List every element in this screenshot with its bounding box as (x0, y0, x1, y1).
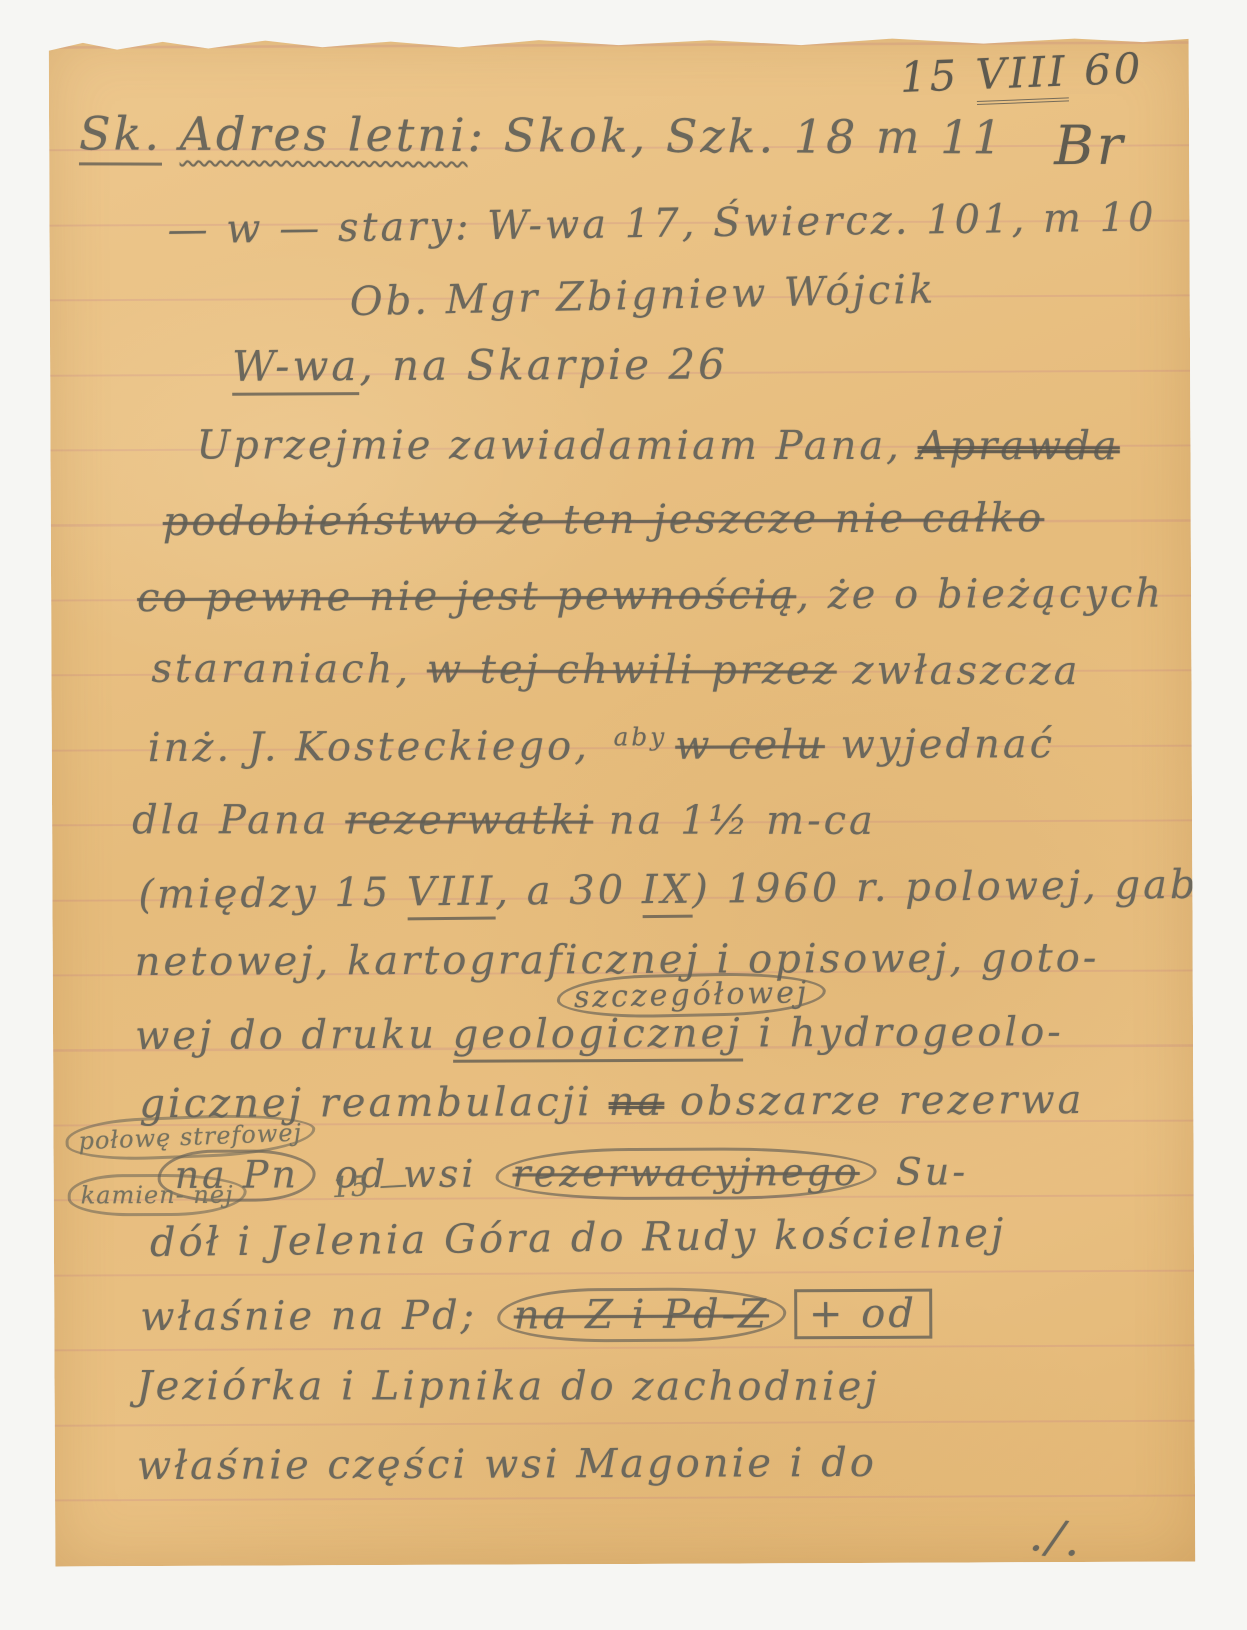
corner-mark: Br (1054, 116, 1126, 176)
text-segment: rezerwatki (345, 797, 593, 843)
date-month: VIII (975, 46, 1069, 105)
text-segment: zwłaszcza (837, 648, 1081, 695)
letter-line-l18: Jeziórka i Lipnika do zachodniej (137, 1364, 880, 1409)
text-segment: aby (613, 723, 667, 750)
text-segment: , że o bieżących (796, 571, 1164, 619)
text-segment: , a 30 (495, 867, 642, 914)
letter-body: Sk. Adres letni: Skok, Szk. 18 m 11— w —… (49, 34, 1189, 39)
continuation-mark: ./. (1027, 1509, 1087, 1566)
text-segment: Uprzejmie zawiadamiam Pana, (196, 422, 917, 469)
letter-line-l16: dół i Jelenia Góra do Rudy kościelnej (150, 1211, 1007, 1265)
text-segment: inż. J. Kosteckiego, (148, 723, 606, 771)
text-segment: , na Skarpie 26 (359, 340, 728, 391)
letter-paper: 15 VIII 60 Br Sk. Adres letni: Skok, Szk… (49, 34, 1196, 1567)
text-segment: (między 15 (138, 869, 407, 918)
text-segment: wej do druku (135, 1012, 453, 1059)
margin-note-m2: kamien- nej (68, 1174, 247, 1217)
letter-line-l2: — w — stary: W-wa 17, Świercz. 101, m 10 (167, 195, 1157, 252)
text-segment: i hydrogeolo- (743, 1009, 1064, 1056)
date-year: 60 (1083, 43, 1144, 94)
text-segment: w celu (675, 722, 825, 769)
letter-line-l9: inż. J. Kosteckiego, abyw celu wyjednać (148, 722, 1056, 770)
text-segment: W-wa (232, 341, 360, 396)
text-segment: VIII (407, 869, 496, 921)
text-segment: — w — stary: W-wa 17, Świercz. 101, m 10 (167, 194, 1157, 253)
date: 15 VIII 60 (899, 45, 1144, 101)
margin-note-m3: 15 — (331, 1167, 409, 1204)
text-segment: Su- (881, 1149, 969, 1193)
text-segment: geologicznej (453, 1010, 743, 1062)
letter-line-l13: wej do druku geologicznej i hydrogeolo- (135, 1010, 1064, 1058)
text-segment: Adres letni (180, 107, 468, 162)
text-segment (162, 107, 180, 161)
letter-line-l8: staraniach, w tej chwili przez zwłaszcza (151, 647, 1080, 693)
text-segment: na 1½ m-ca (593, 798, 876, 844)
text-segment: obszarze rezerwa (664, 1077, 1084, 1125)
text-segment: właśnie na Pd; (140, 1293, 493, 1341)
text-segment: właśnie części wsi Magonie i do (137, 1440, 877, 1489)
text-segment: podobieństwo że ten jeszcze nie całko (163, 495, 1045, 545)
letter-line-l4: W-wa, na Skarpie 26 (232, 342, 728, 390)
text-segment: + od (794, 1289, 932, 1340)
text-segment: : Skok, Szk. 18 m 11 (468, 108, 1005, 164)
letter-line-l7: co pewne nie jest pewnością, że o bieżąc… (137, 572, 1164, 620)
text-segment: wyjednać (825, 721, 1055, 768)
letter-line-l6: podobieństwo że ten jeszcze nie całko (163, 496, 1045, 544)
letter-line-l17: właśnie na Pd; na Z i Pd-Z+ od (140, 1287, 936, 1344)
text-segment: IX (642, 867, 693, 918)
text-segment: staraniach, (151, 646, 427, 693)
text-segment: Aprawda (918, 423, 1120, 469)
text-segment: Ob. Mgr Zbigniew Wójcik (349, 267, 936, 326)
text-segment: dla Pana (132, 797, 345, 843)
text-segment: Jeziórka i Lipnika do zachodniej (137, 1363, 880, 1410)
letter-line-l15: na Pn od wsi rezerwacyjnego Su- (154, 1146, 969, 1201)
text-segment: rezerwacyjnego (495, 1147, 876, 1200)
letter-line-l3: Ob. Mgr Zbigniew Wójcik (349, 268, 936, 325)
scan-canvas: 15 VIII 60 Br Sk. Adres letni: Skok, Szk… (0, 0, 1247, 1630)
letter-line-l1: Sk. Adres letni: Skok, Szk. 18 m 11 (79, 108, 1005, 163)
date-day: 15 (899, 51, 960, 102)
letter-line-l10: dla Pana rezerwatki na 1½ m-ca (132, 798, 876, 843)
text-segment: co pewne nie jest pewnością (137, 572, 796, 621)
letter-line-l11: (między 15 VIII, a 30 IX) 1960 r. polowe… (138, 862, 1231, 916)
letter-line-l5: Uprzejmie zawiadamiam Pana, Aprawda (196, 423, 1119, 468)
text-segment: na (609, 1079, 665, 1125)
text-segment: dół i Jelenia Góra do Rudy kościelnej (150, 1210, 1007, 1266)
text-segment: Sk. (79, 106, 162, 165)
letter-line-l19: właśnie części wsi Magonie i do (137, 1441, 877, 1488)
text-segment: na Z i Pd-Z (497, 1287, 786, 1342)
text-segment: ) 1960 r. polowej, gabi- (692, 861, 1231, 912)
text-segment: w tej chwili przez (427, 647, 837, 694)
